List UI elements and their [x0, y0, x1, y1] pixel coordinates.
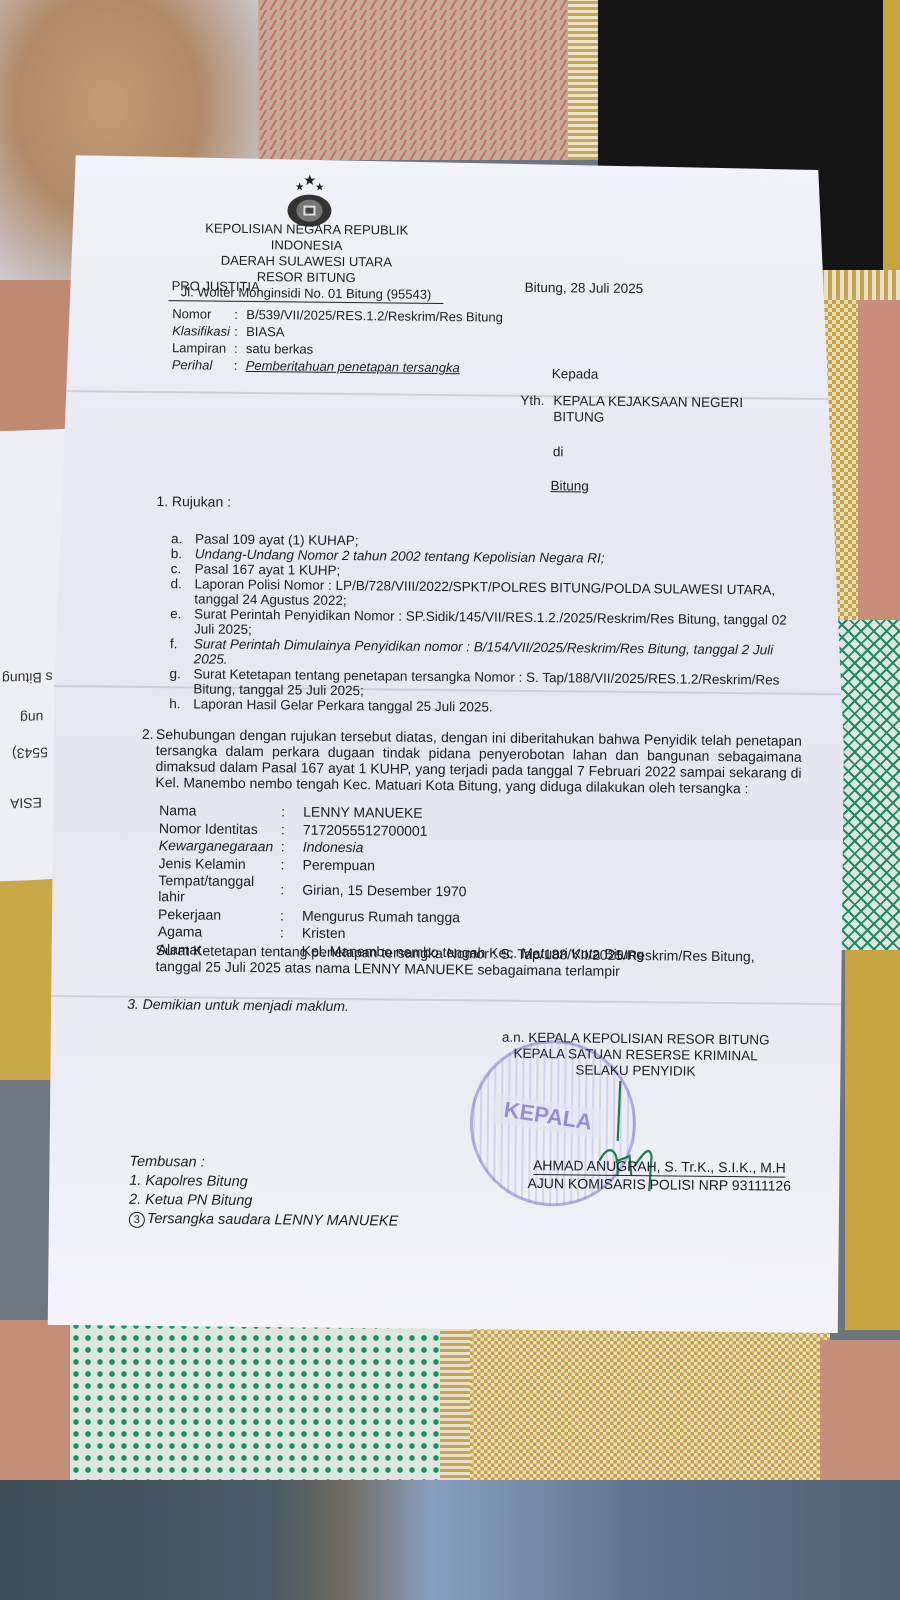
field-label: Pekerjaan — [158, 907, 278, 924]
list-item-letter: e. — [170, 606, 194, 636]
org-name: KEPOLISIAN NEGARA REPUBLIK INDONESIA — [169, 220, 444, 255]
list-item-letter: f. — [170, 636, 194, 666]
list-item-number: 1. — [129, 1173, 141, 1189]
list-item-letter: c. — [171, 561, 195, 576]
place-date: Bitung, 28 Juli 2025 — [525, 280, 644, 296]
meta-label: Lampiran — [172, 340, 232, 356]
meta-value: satu berkas — [246, 341, 503, 359]
arm — [858, 300, 900, 630]
paper-fragment-text: ESIA — [10, 795, 42, 812]
meta-value: Pemberitahuan penetapan tersangka — [246, 358, 503, 376]
field-label: Jenis Kelamin — [159, 856, 279, 873]
jeans — [0, 1480, 900, 1600]
recipient-city: Bitung — [550, 478, 588, 493]
signer: AHMAD ANUGRAH, S. Tr.K., S.I.K., M.H AJU… — [509, 1157, 809, 1195]
meta-value: BIASA — [246, 324, 503, 342]
paper-fragment-text: s Bitung — [2, 669, 53, 687]
circled-number-icon: 3 — [129, 1212, 145, 1228]
list-item-letter: h. — [169, 696, 193, 711]
list-item-letter: g. — [169, 666, 193, 696]
pro-justitia: PRO JUSTITIA — [172, 278, 260, 294]
meta-label: Nomor — [172, 306, 232, 322]
recipient-name: KEPALA KEJAKSAAN NEGERI BITUNG — [553, 393, 743, 427]
signature-title: SELAKU PENYIDIK — [480, 1061, 790, 1080]
meta-label: Perihal — [172, 357, 232, 373]
paper-fragment-text: ung — [20, 710, 43, 727]
mat-pattern — [258, 0, 578, 160]
mat-border — [568, 0, 598, 160]
recipient-kepada: Kepada — [552, 366, 599, 381]
mat-pattern — [70, 1320, 440, 1485]
section-2-intro: Sehubungan dengan rujukan tersebut diata… — [155, 726, 802, 797]
field-value: Mengurus Rumah tangga — [302, 908, 645, 927]
reference-list: a.Pasal 109 ayat (1) KUHAP; b.Undang-Und… — [169, 531, 791, 717]
field-label: Kewarganegaraan — [159, 838, 279, 855]
meta-value: B/539/VII/2025/RES.1.2/Reskrim/Res Bitun… — [246, 307, 503, 325]
list-item-text: Kapolres Bitung — [145, 1173, 248, 1190]
paper-fragment-text: 5543) — [12, 745, 48, 762]
recipient-yth: Yth. — [520, 393, 544, 408]
field-value: Indonesia — [303, 840, 646, 859]
mat-border — [440, 1320, 470, 1490]
letter-document: KEPOLISIAN NEGARA REPUBLIK INDONESIA DAE… — [48, 155, 850, 1333]
tembusan: Tembusan : 1. Kapolres Bitung 2. Ketua P… — [129, 1153, 399, 1232]
mat-border — [883, 0, 900, 275]
section-3: 3. Demikian untuk menjadi maklum. — [127, 996, 349, 1014]
list-item-text: Tersangka saudara LENNY MANUEKE — [147, 1211, 399, 1230]
field-value: Girian, 15 Desember 1970 — [302, 875, 645, 910]
list-item-text: Ketua PN Bitung — [145, 1192, 252, 1209]
section-2-closing: Surat Ketetapan tentang penetapan tersan… — [155, 942, 795, 981]
field-value: Perempuan — [302, 857, 645, 876]
section-1-heading: 1. Rujukan : — [156, 493, 231, 510]
list-item-letter: d. — [170, 576, 194, 606]
letter-meta: Nomor:B/539/VII/2025/RES.1.2/Reskrim/Res… — [170, 304, 505, 377]
mat-border — [820, 270, 900, 300]
signer-rank: AJUN KOMISARIS POLISI NRP 93111126 — [509, 1175, 809, 1195]
list-item-letter: a. — [171, 531, 195, 546]
mat-pattern — [845, 950, 900, 1330]
signature-block: a.n. KEPALA KEPOLISIAN RESOR BITUNG KEPA… — [480, 1029, 790, 1080]
signature-title: KEPALA SATUAN RESERSE KRIMINAL — [481, 1045, 791, 1064]
meta-label: Klasifikasi — [172, 323, 232, 339]
recipient-name-line: KEPALA KEJAKSAAN NEGERI — [553, 393, 743, 411]
recipient-name-line: BITUNG — [553, 409, 743, 427]
mat-pattern — [470, 1320, 830, 1500]
field-value: LENNY MANUEKE — [303, 805, 646, 824]
list-item: 3Tersangka saudara LENNY MANUEKE — [129, 1210, 399, 1232]
list-item-letter: b. — [171, 546, 195, 561]
table-row: Tempat/tanggal lahir:Girian, 15 Desember… — [158, 873, 645, 909]
mat-pattern — [835, 620, 900, 950]
section-number: 2. — [142, 726, 154, 742]
field-label: Tempat/tanggal lahir — [158, 873, 278, 905]
arm — [820, 1340, 900, 1490]
section-2: 2. Sehubungan dengan rujukan tersebut di… — [141, 726, 802, 797]
field-label: Nomor Identitas — [159, 821, 279, 838]
field-label: Agama — [158, 924, 278, 941]
field-value: Kristen — [302, 926, 645, 945]
stamp-text: KEPALA — [491, 1093, 604, 1139]
list-item-number: 2. — [129, 1192, 141, 1208]
recipient-di: di — [553, 444, 564, 459]
suspect-identity: Nama:LENNY MANUEKE Nomor Identitas:71720… — [156, 801, 648, 964]
field-label: Nama — [159, 803, 279, 820]
